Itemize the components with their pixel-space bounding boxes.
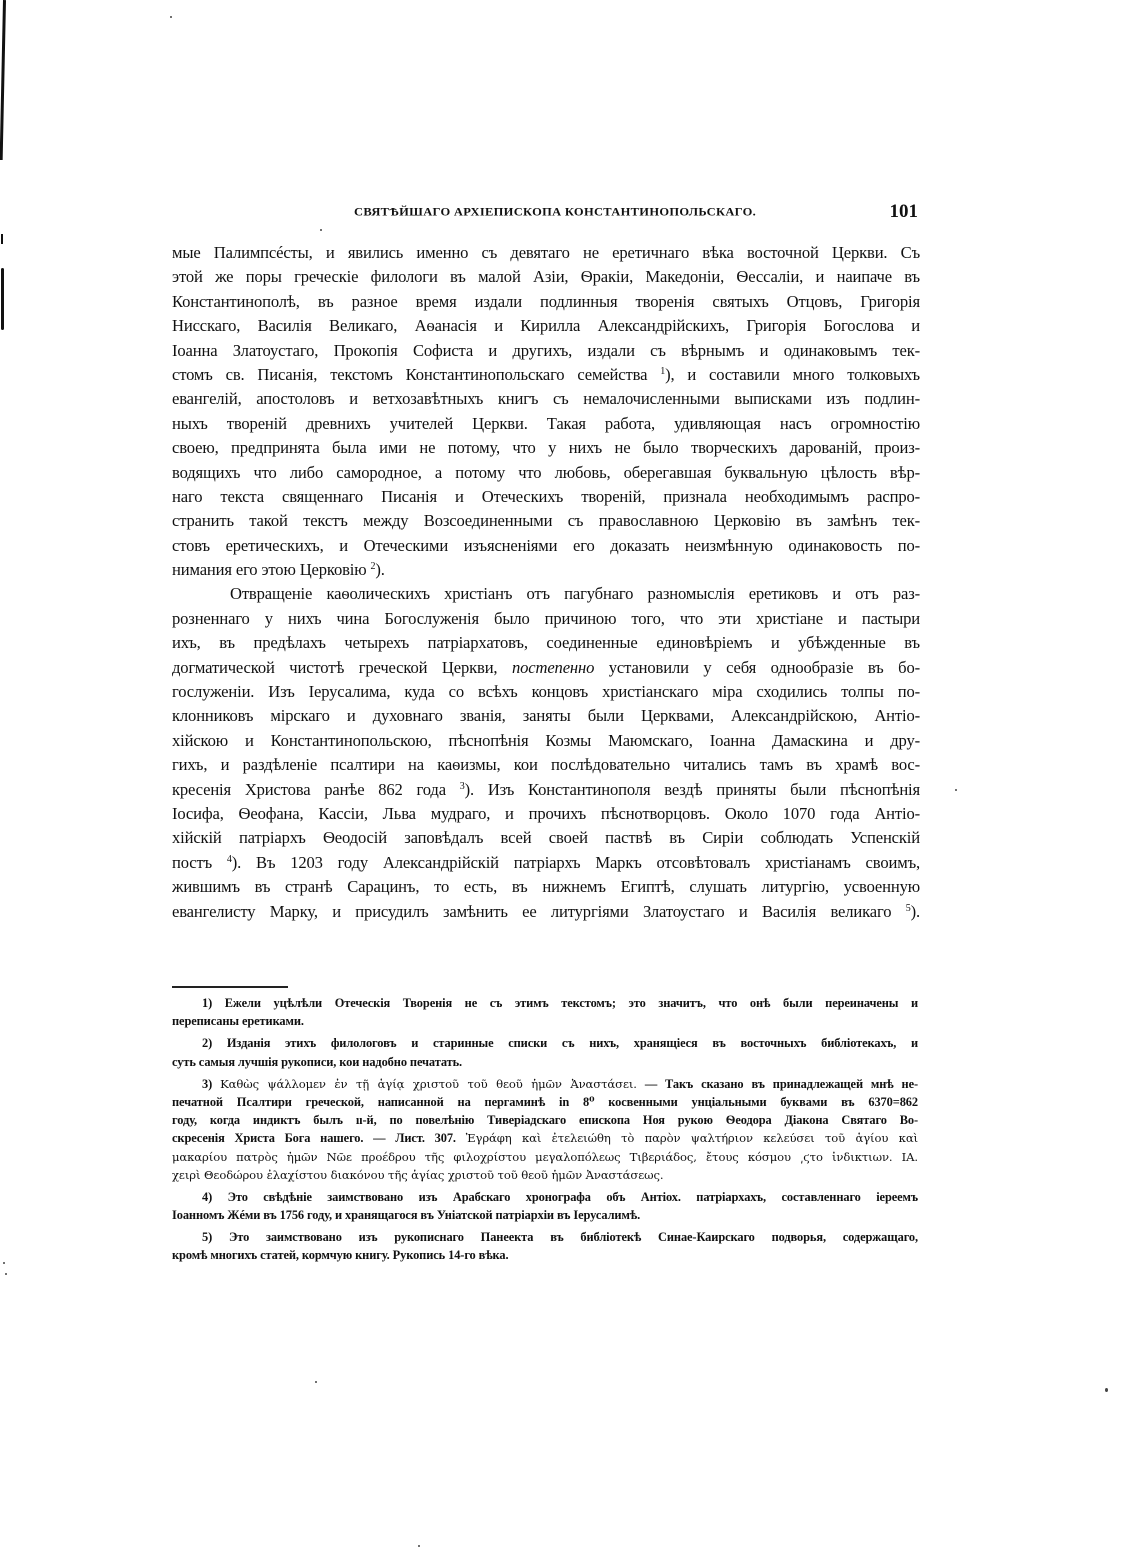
footnote-number: 2) <box>202 1036 212 1050</box>
scan-speck <box>320 229 322 231</box>
text-fragment: Изданія этихъ филологовъ и старинные спи… <box>227 1036 918 1050</box>
text-fragment: догматической чистотѣ греческой Церкви, <box>172 658 497 677</box>
text-line: наго текста священнаго Писанія и Отеческ… <box>172 485 920 509</box>
text-line: гихъ, и раздѣленіе псалтири на каѳизмы, … <box>172 753 920 777</box>
footnote-line: суть самыя лучшія рукописи, кои надобно … <box>172 1053 918 1071</box>
greek-quote: Καθὼς ψάλλομεν ἐν τῇ ἁγίᾳ χριστοῦ τοῦ θε… <box>220 1077 637 1091</box>
scan-speck <box>3 1262 5 1264</box>
text-fragment: нимания его этою Церковію <box>172 560 367 579</box>
text-line: мые Палимпсéсты, и явились именно съ дев… <box>172 241 920 265</box>
text-fragment: ). Въ 1203 году Александрійскій патріарх… <box>232 853 920 872</box>
text-line: кресенія Христова ранѣе 862 года 3). Изъ… <box>172 778 920 802</box>
footnote-number: 3) <box>202 1077 212 1091</box>
text-line: догматической чистотѣ греческой Церкви, … <box>172 656 920 680</box>
footnote-line: переписаны еретиками. <box>172 1012 918 1030</box>
footnote-number: 4) <box>202 1190 212 1204</box>
text-line: Нисскаго, Василія Великаго, Аѳанасія и К… <box>172 314 920 338</box>
footnote-4: 4) Это свѣдѣніе заимствовано изъ Арабска… <box>172 1188 918 1224</box>
footnote-separator <box>172 986 288 988</box>
footnote-number: 1) <box>202 996 212 1010</box>
text-line: ныхъ твореній древнихъ учителей Церкви. … <box>172 412 920 436</box>
scan-speck <box>1105 1388 1108 1392</box>
footnote-line: 5) Это заимствовано изъ рукописнаго Пане… <box>172 1228 918 1246</box>
text-line: хійскою и Константинопольскою, пѣснопѣні… <box>172 729 920 753</box>
scan-edge-mark <box>1 234 3 244</box>
text-line: евангелисту Марку, и присудилъ замѣнить … <box>172 900 920 924</box>
footnote-line: кромѣ многихъ статей, кормчую книгу. Рук… <box>172 1246 918 1264</box>
text-line: жившимъ въ странѣ Сарацинъ, то есть, въ … <box>172 875 920 899</box>
text-line: евангелій, апостоловъ и ветхозавѣтныхъ к… <box>172 387 920 411</box>
text-fragment: ). Изъ Константинополя вездѣ приняты был… <box>465 780 920 799</box>
text-fragment: ). <box>911 902 920 921</box>
text-line: постъ 4). Въ 1203 году Александрійскій п… <box>172 851 920 875</box>
text-fragment: стомъ св. Писанія, текстомъ Константиноп… <box>172 365 647 384</box>
footnote-line: χειρὶ Θεοδώρου ἐλαχίστου διακόνου τῆς ἁγ… <box>172 1166 918 1184</box>
text-line: Іоанна Златоустаго, Прокопія Софиста и д… <box>172 339 920 363</box>
footnote-3: 3) Καθὼς ψάλλομεν ἐν τῇ ἁγίᾳ χριστοῦ τοῦ… <box>172 1075 918 1184</box>
text-line: нимания его этою Церковію 2). <box>172 558 920 582</box>
scanned-book-page: Святѣйшаго архіепископа константинопольс… <box>0 0 1140 1559</box>
footnote-line: году, когда индиктъ былъ ıı-й, по повелѣ… <box>172 1111 918 1129</box>
footnote-line: 3) Καθὼς ψάλλομεν ἐν τῇ ἁγίᾳ χριστοῦ τοῦ… <box>172 1075 918 1093</box>
scan-speck <box>418 1545 420 1547</box>
text-line: водящихъ что либо самородное, а потому ч… <box>172 461 920 485</box>
text-line: гослуженіи. Изъ Іерусалима, куда со всѣх… <box>172 680 920 704</box>
footnote-line: 2) Изданія этихъ филологовъ и старинные … <box>172 1034 918 1052</box>
footnote-1: 1) Ежели уцѣлѣли Отеческія Творенія не с… <box>172 994 918 1030</box>
page-number: 101 <box>890 201 919 223</box>
text-fragment: постъ <box>172 853 212 872</box>
body-text: мые Палимпсéсты, и явились именно съ дев… <box>172 241 920 924</box>
scan-speck <box>955 789 957 791</box>
footnote-line: печатной Псалтири греческой, написанной … <box>172 1093 918 1111</box>
text-fragment: скресенія Христа Бога нашего. — Лист. 30… <box>172 1131 456 1145</box>
scan-speck <box>170 16 172 18</box>
text-line: розненнаго у нихъ чина Богослуженія было… <box>172 607 920 631</box>
text-fragment: установили у себя однообразіе въ бо- <box>594 658 920 677</box>
footnote-number: 5) <box>202 1230 212 1244</box>
text-fragment: ). <box>375 560 384 579</box>
scan-speck <box>315 1381 317 1383</box>
running-title: Святѣйшаго архіепископа константинопольс… <box>354 206 756 220</box>
text-line: клонниковъ мірскаго и духовнаго званія, … <box>172 704 920 728</box>
text-line: хійскій патріархъ Ѳеодосій заповѣдалъ вс… <box>172 826 920 850</box>
text-line: стовъ еретическихъ, и Отеческими изъясне… <box>172 534 920 558</box>
text-line: странить такой текстъ между Возсоединенн… <box>172 509 920 533</box>
text-fragment: кресенія Христова ранѣе 862 года <box>172 780 446 799</box>
scan-speck <box>5 1273 7 1275</box>
text-line: ихъ, въ предѣлахъ четырехъ патріархатовъ… <box>172 631 920 655</box>
scan-edge-line <box>0 0 6 160</box>
text-line: этой же поры греческіе филологи въ малой… <box>172 265 920 289</box>
text-fragment: — Такъ сказано въ принадлежащей мнѣ не- <box>637 1077 918 1091</box>
scan-edge-line <box>1 268 4 330</box>
emphasis-text: постепенно <box>512 658 594 677</box>
text-line: своею, предпринята была ими не потому, ч… <box>172 436 920 460</box>
text-line: Константинополѣ, въ разное время издали … <box>172 290 920 314</box>
footnote-line: 4) Это свѣдѣніе заимствовано изъ Арабска… <box>172 1188 918 1206</box>
text-fragment: Это свѣдѣніе заимствовано изъ Арабскаго … <box>228 1190 918 1204</box>
footnote-2: 2) Изданія этихъ филологовъ и старинные … <box>172 1034 918 1070</box>
footnote-line: μακαρίου πατρὸς ἡμῶν Νῶε προέδρου τῆς φι… <box>172 1148 918 1166</box>
text-line: Отвращеніе каѳолическихъ христіанъ отъ п… <box>172 582 920 606</box>
footnote-line: Іоанномъ Жéми въ 1756 году, и хранящагос… <box>172 1206 918 1224</box>
footnote-line: скресенія Христа Бога нашего. — Лист. 30… <box>172 1129 918 1147</box>
footnotes: 1) Ежели уцѣлѣли Отеческія Творенія не с… <box>172 994 918 1265</box>
text-fragment: Ежели уцѣлѣли Отеческія Творенія не съ э… <box>225 996 918 1010</box>
footnote-line: 1) Ежели уцѣлѣли Отеческія Творенія не с… <box>172 994 918 1012</box>
greek-colophon: Ἐγράφη καὶ ἐτελειώθη τὸ παρὸν ψαλτήριον … <box>466 1131 918 1145</box>
footnote-5: 5) Это заимствовано изъ рукописнаго Пане… <box>172 1228 918 1264</box>
text-line: Іосифа, Ѳеофана, Кассіи, Льва мудраго, и… <box>172 802 920 826</box>
running-head: Святѣйшаго архіепископа константинопольс… <box>170 201 918 225</box>
text-fragment: ), и составили много толковыхъ <box>665 365 920 384</box>
text-fragment: евангелисту Марку, и присудилъ замѣнить … <box>172 902 891 921</box>
text-line: стомъ св. Писанія, текстомъ Константиноп… <box>172 363 920 387</box>
text-fragment: Это заимствовано изъ рукописнаго Панеект… <box>229 1230 918 1244</box>
